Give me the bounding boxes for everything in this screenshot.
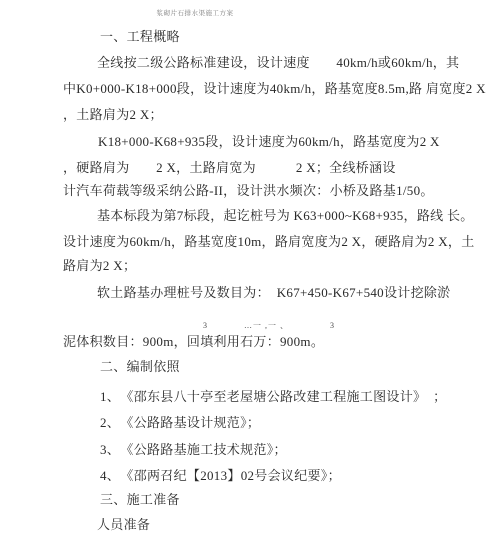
paragraph-line: 计汽车荷载等级采纳公路-II，设计洪水频次：小桥及路基1/50。 xyxy=(63,183,434,198)
paragraph-line: K18+000-K68+935段，设计速度为60km/h，路基宽度为2 X xyxy=(98,134,440,149)
paragraph-line: 全线按二级公路标准建设，设计速度 40km/h或60km/h，其 xyxy=(97,55,459,70)
paragraph-line: 中K0+000-K18+000段，设计速度为40km/h，路基宽度8.5m,路 … xyxy=(63,81,486,96)
paragraph-line: 人员准备 xyxy=(97,517,150,532)
paragraph-line: 软土路基办理桩号及数目为： K67+450-K67+540设计挖除淤 xyxy=(97,285,450,300)
paragraph-line: 基本标段为第7标段，起讫桩号为 K63+000~K68+935，路线 长。 xyxy=(97,208,474,223)
paragraph-line: 泥体积数目：900m，回填利用石万：900m。 xyxy=(63,334,324,349)
page-header-title: 浆砌片石排水渠施工方案 xyxy=(0,8,390,17)
paragraph-line: ，硬路肩为 2 X，土路肩宽为 2 X；全线桥涵设 xyxy=(63,160,396,175)
paragraph-line: 路肩为2 X； xyxy=(63,258,136,273)
list-item-4: 4、 《邵两召纪【2013】02号会议纪要》； xyxy=(100,468,341,483)
paragraph-line: 设计速度为60km/h，路基宽度10m，路肩宽度为2 X，硬路肩为2 X，土 xyxy=(63,234,475,249)
section-heading-1: 一、工程概略 xyxy=(100,29,180,44)
list-item-3: 3、 《公路路基施工技术规范》； xyxy=(100,442,287,457)
list-item-1: 1、 《邵东县八十亭至老屋塘公路改建工程施工图设计》 ； xyxy=(100,389,446,404)
section-heading-2: 二、编制依照 xyxy=(100,359,180,374)
superscript-artifact-line: 3 …一 ,一 、 3 xyxy=(203,320,335,331)
document-page: 浆砌片石排水渠施工方案 一、工程概略 全线按二级公路标准建设，设计速度 40km… xyxy=(0,0,500,552)
section-heading-3: 三、施工准备 xyxy=(100,492,180,507)
list-item-2: 2、 《公路路基设计规范》； xyxy=(100,415,260,430)
paragraph-line: ，土路肩为2 X； xyxy=(63,107,163,122)
